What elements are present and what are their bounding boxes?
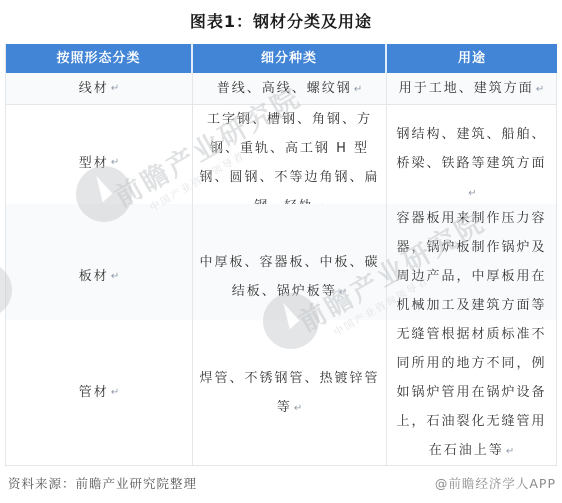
cell-text: 钢结构、建筑、船舶、桥梁、铁路等建筑方面↵ <box>392 120 551 207</box>
table-row: 线材↵ 普线、高线、螺纹钢↵ 用于工地、建筑方面↵ <box>5 73 557 105</box>
table-row: 管材↵ 焊管、不锈钢管、热镀锌管等↵ 无缝管根据材质标准不同所用的地方不同，例如… <box>5 320 557 464</box>
cell-category: 管材↵ <box>5 320 193 466</box>
cell-text: 普线、高线、螺纹钢↵ <box>217 74 362 103</box>
steel-classification-table: 按照形态分类 细分种类 用途 线材↵ 普线、高线、螺纹钢↵ 用于工地、建筑方面↵… <box>5 44 557 464</box>
page-title: 图表1：钢材分类及用途 <box>0 9 562 32</box>
return-mark: ↵ <box>468 188 476 199</box>
cell-text: 型材 <box>79 149 109 178</box>
cell-text: 无缝管根据材质标准不同所用的地方不同，例如锅炉管用在锅炉设备上，石油裂化无缝管用… <box>392 320 551 465</box>
cell-text: 板材 <box>79 262 109 291</box>
cell-text: 中厚板、容器板、中板、碳结板、锅炉板等↵ <box>198 248 381 306</box>
cell-usage: 用于工地、建筑方面↵ <box>387 73 557 105</box>
cell-types: 焊管、不锈钢管、热镀锌管等↵ <box>193 320 387 466</box>
return-mark: ↵ <box>111 158 119 168</box>
table-row: 板材↵ 中厚板、容器板、中板、碳结板、锅炉板等↵ 容器板用来制作压力容器，锅炉板… <box>5 204 557 320</box>
cell-category: 线材↵ <box>5 73 193 105</box>
return-mark: ↵ <box>111 272 119 282</box>
cell-types: 普线、高线、螺纹钢↵ <box>193 73 387 105</box>
return-mark: ↵ <box>354 84 362 95</box>
header-cell-types: 细分种类 <box>193 44 387 73</box>
report-figure-page: 图表1：钢材分类及用途 按照形态分类 细分种类 用途 线材↵ 普线、高线、螺纹钢… <box>0 0 562 503</box>
return-mark: ↵ <box>339 287 347 298</box>
table-header-row: 按照形态分类 细分种类 用途 <box>5 44 557 73</box>
cell-text: 焊管、不锈钢管、热镀锌管等↵ <box>198 364 381 422</box>
cell-text: 管材 <box>79 378 109 407</box>
cell-text: 用于工地、建筑方面↵ <box>399 74 544 103</box>
return-mark: ↵ <box>536 84 544 95</box>
header-cell-usage: 用途 <box>387 44 557 73</box>
return-mark: ↵ <box>294 403 302 414</box>
app-credit: @前瞻经济学人APP <box>435 474 556 492</box>
return-mark: ↵ <box>506 446 514 457</box>
return-mark: ↵ <box>111 84 119 94</box>
cell-usage: 无缝管根据材质标准不同所用的地方不同，例如锅炉管用在锅炉设备上，石油裂化无缝管用… <box>387 320 557 466</box>
header-cell-category: 按照形态分类 <box>5 44 193 73</box>
return-mark: ↵ <box>111 388 119 398</box>
cell-text: 线材 <box>79 74 109 103</box>
footer: 资料来源：前瞻产业研究院整理 @前瞻经济学人APP <box>8 474 556 492</box>
table-row: 型材↵ 工字钢、槽钢、角钢、方钢、重轨、高工钢 H 型钢、圆钢、不等边角钢、扁钢… <box>5 105 557 204</box>
source-note: 资料来源：前瞻产业研究院整理 <box>8 474 197 492</box>
